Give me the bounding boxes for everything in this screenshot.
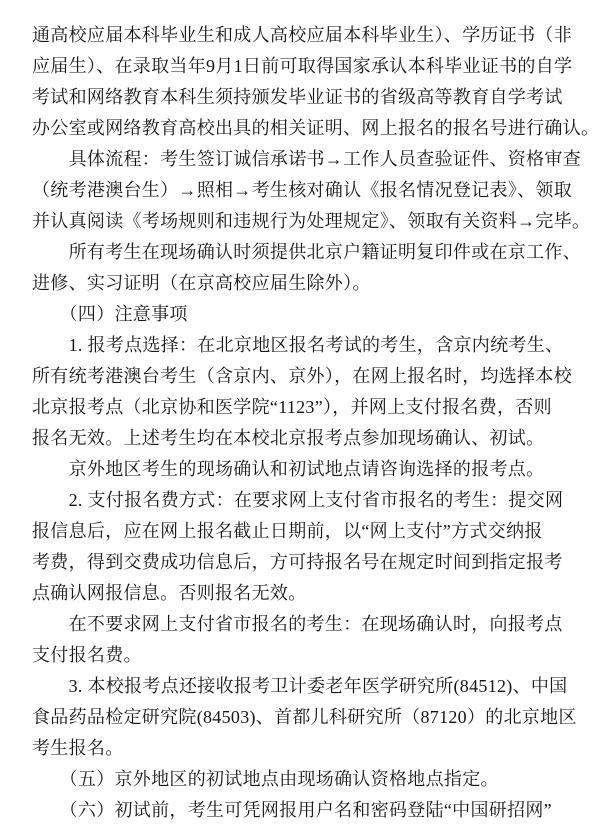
text-line: 北京报考点（北京协和医学院“1123”），并网上支付报名费，否则 (32, 392, 600, 423)
text-line: 所有考生在现场确认时须提供北京户籍证明复印件或在京工作、 (32, 237, 600, 268)
text-line: 办公室或网络教育高校出具的相关证明、网上报名的报名号进行确认。 (32, 113, 600, 144)
text-line: 考费，得到交费成功信息后，方可持报名号在规定时间到指定报考 (32, 547, 600, 578)
text-line: 报名无效。上述考生均在本校北京报考点参加现场确认、初试。 (32, 423, 600, 454)
text-line: 并认真阅读《考场规则和违规行为处理规定》、领取有关资料→完毕。 (32, 206, 600, 237)
text-line: 3. 本校报考点还接收报考卫计委老年医学研究所(84512)、中国 (32, 671, 600, 702)
text-line: 通高校应届本科毕业生和成人高校应届本科毕业生）、学历证书（非 (32, 20, 600, 51)
text-line: 在不要求网上支付省市报名的考生：在现场确认时，向报考点 (32, 609, 600, 640)
text-line: （四）注意事项 (32, 299, 600, 330)
text-line: 京外地区考生的现场确认和初试地点请咨询选择的报考点。 (32, 454, 600, 485)
text-line: 考生报名。 (32, 733, 600, 764)
text-line: 考试和网络教育本科生须持颁发毕业证书的省级高等教育自学考试 (32, 82, 600, 113)
text-line: 点确认网报信息。否则报名无效。 (32, 578, 600, 609)
text-line: 2. 支付报名费方式：在要求网上支付省市报名的考生：提交网 (32, 485, 600, 516)
text-line: 具体流程：考生签订诚信承诺书→工作人员查验证件、资格审查 (32, 144, 600, 175)
text-line: 食品药品检定研究院(84503)、首都儿科研究所（87120）的北京地区 (32, 702, 600, 733)
text-line: 应届生）、在录取当年9月1日前可取得国家承认本科毕业证书的自学 (32, 51, 600, 82)
text-line: 进修、实习证明（在京高校应届生除外）。 (32, 268, 600, 299)
text-line: （五）京外地区的初试地点由现场确认资格地点指定。 (32, 764, 600, 795)
text-line: 1. 报考点选择：在北京地区报名考试的考生，含京内统考生、 (32, 330, 600, 361)
document-page: 通高校应届本科毕业生和成人高校应届本科毕业生）、学历证书（非 应届生）、在录取当… (0, 0, 600, 837)
text-line: 所有统考港澳台考生（含京内、京外），在网上报名时，均选择本校 (32, 361, 600, 392)
text-line: 报信息后，应在网上报名截止日期前，以“网上支付”方式交纳报 (32, 516, 600, 547)
text-line: （六）初试前，考生可凭网报用户名和密码登陆“中国研招网” (32, 795, 600, 826)
text-line: （统考港澳台生）→照相→考生核对确认《报名情况登记表》、领取 (32, 175, 600, 206)
text-line: 支付报名费。 (32, 640, 600, 671)
